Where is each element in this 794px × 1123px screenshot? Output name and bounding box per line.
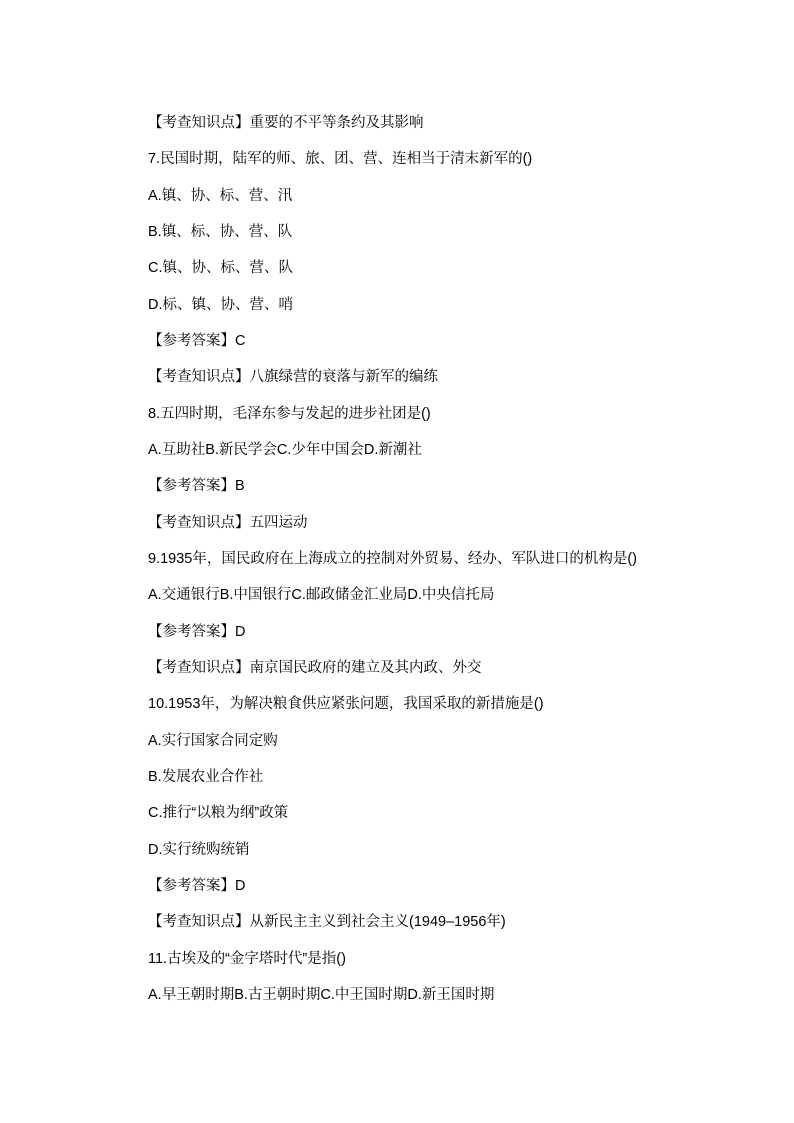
question-8-options: A.互助社B.新民学会C.少年中国会D.新潮社 — [148, 432, 654, 468]
question-7-option-c: C.镇、协、标、营、队 — [148, 250, 654, 286]
question-7-option-b: B.镇、标、协、营、队 — [148, 214, 654, 250]
knowledge-point-9: 【考查知识点】南京国民政府的建立及其内政、外交 — [148, 650, 654, 686]
question-7-option-a: A.镇、协、标、营、汛 — [148, 178, 654, 214]
answer-7: 【参考答案】C — [148, 323, 654, 359]
question-10-option-a: A.实行国家合同定购 — [148, 723, 654, 759]
answer-8: 【参考答案】B — [148, 468, 654, 504]
answer-9: 【参考答案】D — [148, 614, 654, 650]
question-8: 8.五四时期，毛泽东参与发起的进步社团是() — [148, 396, 654, 432]
question-10-option-b: B.发展农业合作社 — [148, 759, 654, 795]
knowledge-point-7: 【考查知识点】八旗绿营的衰落与新军的编练 — [148, 359, 654, 395]
document-page: 【考查知识点】重要的不平等条约及其影响 7.民国时期，陆军的师、旅、团、营、连相… — [0, 0, 794, 1123]
question-10-option-c: C.推行“以粮为纲”政策 — [148, 795, 654, 831]
question-7-option-d: D.标、镇、协、营、哨 — [148, 287, 654, 323]
question-7: 7.民国时期，陆军的师、旅、团、营、连相当于清末新军的() — [148, 141, 654, 177]
knowledge-point-10: 【考查知识点】从新民主主义到社会主义(1949–1956年) — [148, 904, 654, 940]
question-10: 10.1953年，为解决粮食供应紧张问题，我国采取的新措施是() — [148, 686, 654, 722]
question-10-option-d: D.实行统购统销 — [148, 832, 654, 868]
question-9-options: A.交通银行B.中国银行C.邮政储金汇业局D.中央信托局 — [148, 577, 654, 613]
question-9: 9.1935年，国民政府在上海成立的控制对外贸易、经办、军队进口的机构是() — [148, 541, 654, 577]
question-11: 11.古埃及的“金字塔时代”是指() — [148, 941, 654, 977]
question-11-options: A.早王朝时期B.古王朝时期C.中王国时期D.新王国时期 — [148, 977, 654, 1013]
knowledge-point-6: 【考查知识点】重要的不平等条约及其影响 — [148, 105, 654, 141]
answer-10: 【参考答案】D — [148, 868, 654, 904]
knowledge-point-8: 【考查知识点】五四运动 — [148, 505, 654, 541]
